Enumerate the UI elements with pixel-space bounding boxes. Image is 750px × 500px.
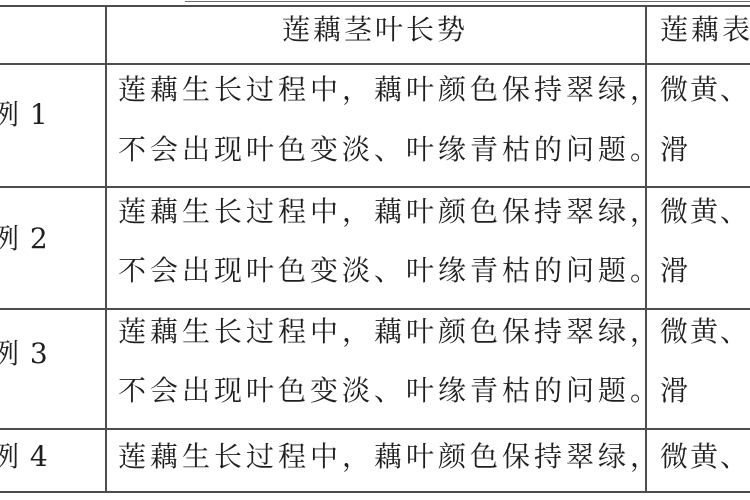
row-3-growth-line-2: 不会出现叶色变淡、叶缘青枯的问题。	[118, 371, 662, 411]
row-2-growth-line-2: 不会出现叶色变淡、叶缘青枯的问题。	[118, 251, 662, 291]
row-3-growth-line-1: 莲藕生长过程中，藕叶颜色保持翠绿，	[118, 312, 662, 352]
table-border-col1	[105, 5, 107, 493]
row-1-surface-line-1: 微黄、	[660, 70, 750, 110]
table-border-row2-bottom	[0, 308, 750, 310]
header-surface-col: 莲藕表	[660, 10, 750, 50]
row-2-surface-line-2: 滑	[660, 251, 690, 291]
row-1-growth-line-1: 莲藕生长过程中，藕叶颜色保持翠绿，	[118, 70, 662, 110]
table-border-top	[0, 5, 750, 7]
row-2-label: 例 2	[0, 219, 49, 259]
table-border-row3-bottom	[0, 428, 750, 430]
row-1-surface-line-2: 滑	[660, 130, 690, 170]
row-4-surface-line-1: 微黄、	[660, 437, 750, 477]
row-3-surface-line-2: 滑	[660, 371, 690, 411]
table-border-header-bottom	[0, 63, 750, 65]
row-1-label: 例 1	[0, 95, 49, 135]
row-3-surface-line-1: 微黄、	[660, 312, 750, 352]
table-border-row1-bottom	[0, 186, 750, 188]
row-3-label: 例 3	[0, 334, 49, 374]
row-2-growth-line-1: 莲藕生长过程中，藕叶颜色保持翠绿，	[118, 192, 662, 232]
row-4-growth-line-1: 莲藕生长过程中，藕叶颜色保持翠绿，	[118, 437, 662, 477]
table-border-top-thin	[185, 1, 750, 2]
row-4-label: 例 4	[0, 437, 49, 477]
row-2-surface-line-1: 微黄、	[660, 192, 750, 232]
row-1-growth-line-2: 不会出现叶色变淡、叶缘青枯的问题。	[118, 130, 662, 170]
document-page: 莲藕茎叶长势 莲藕表 例 1 莲藕生长过程中，藕叶颜色保持翠绿， 不会出现叶色变…	[0, 0, 750, 500]
table-border-bottom-crop	[0, 491, 750, 493]
header-growth-col: 莲藕茎叶长势	[105, 10, 645, 50]
